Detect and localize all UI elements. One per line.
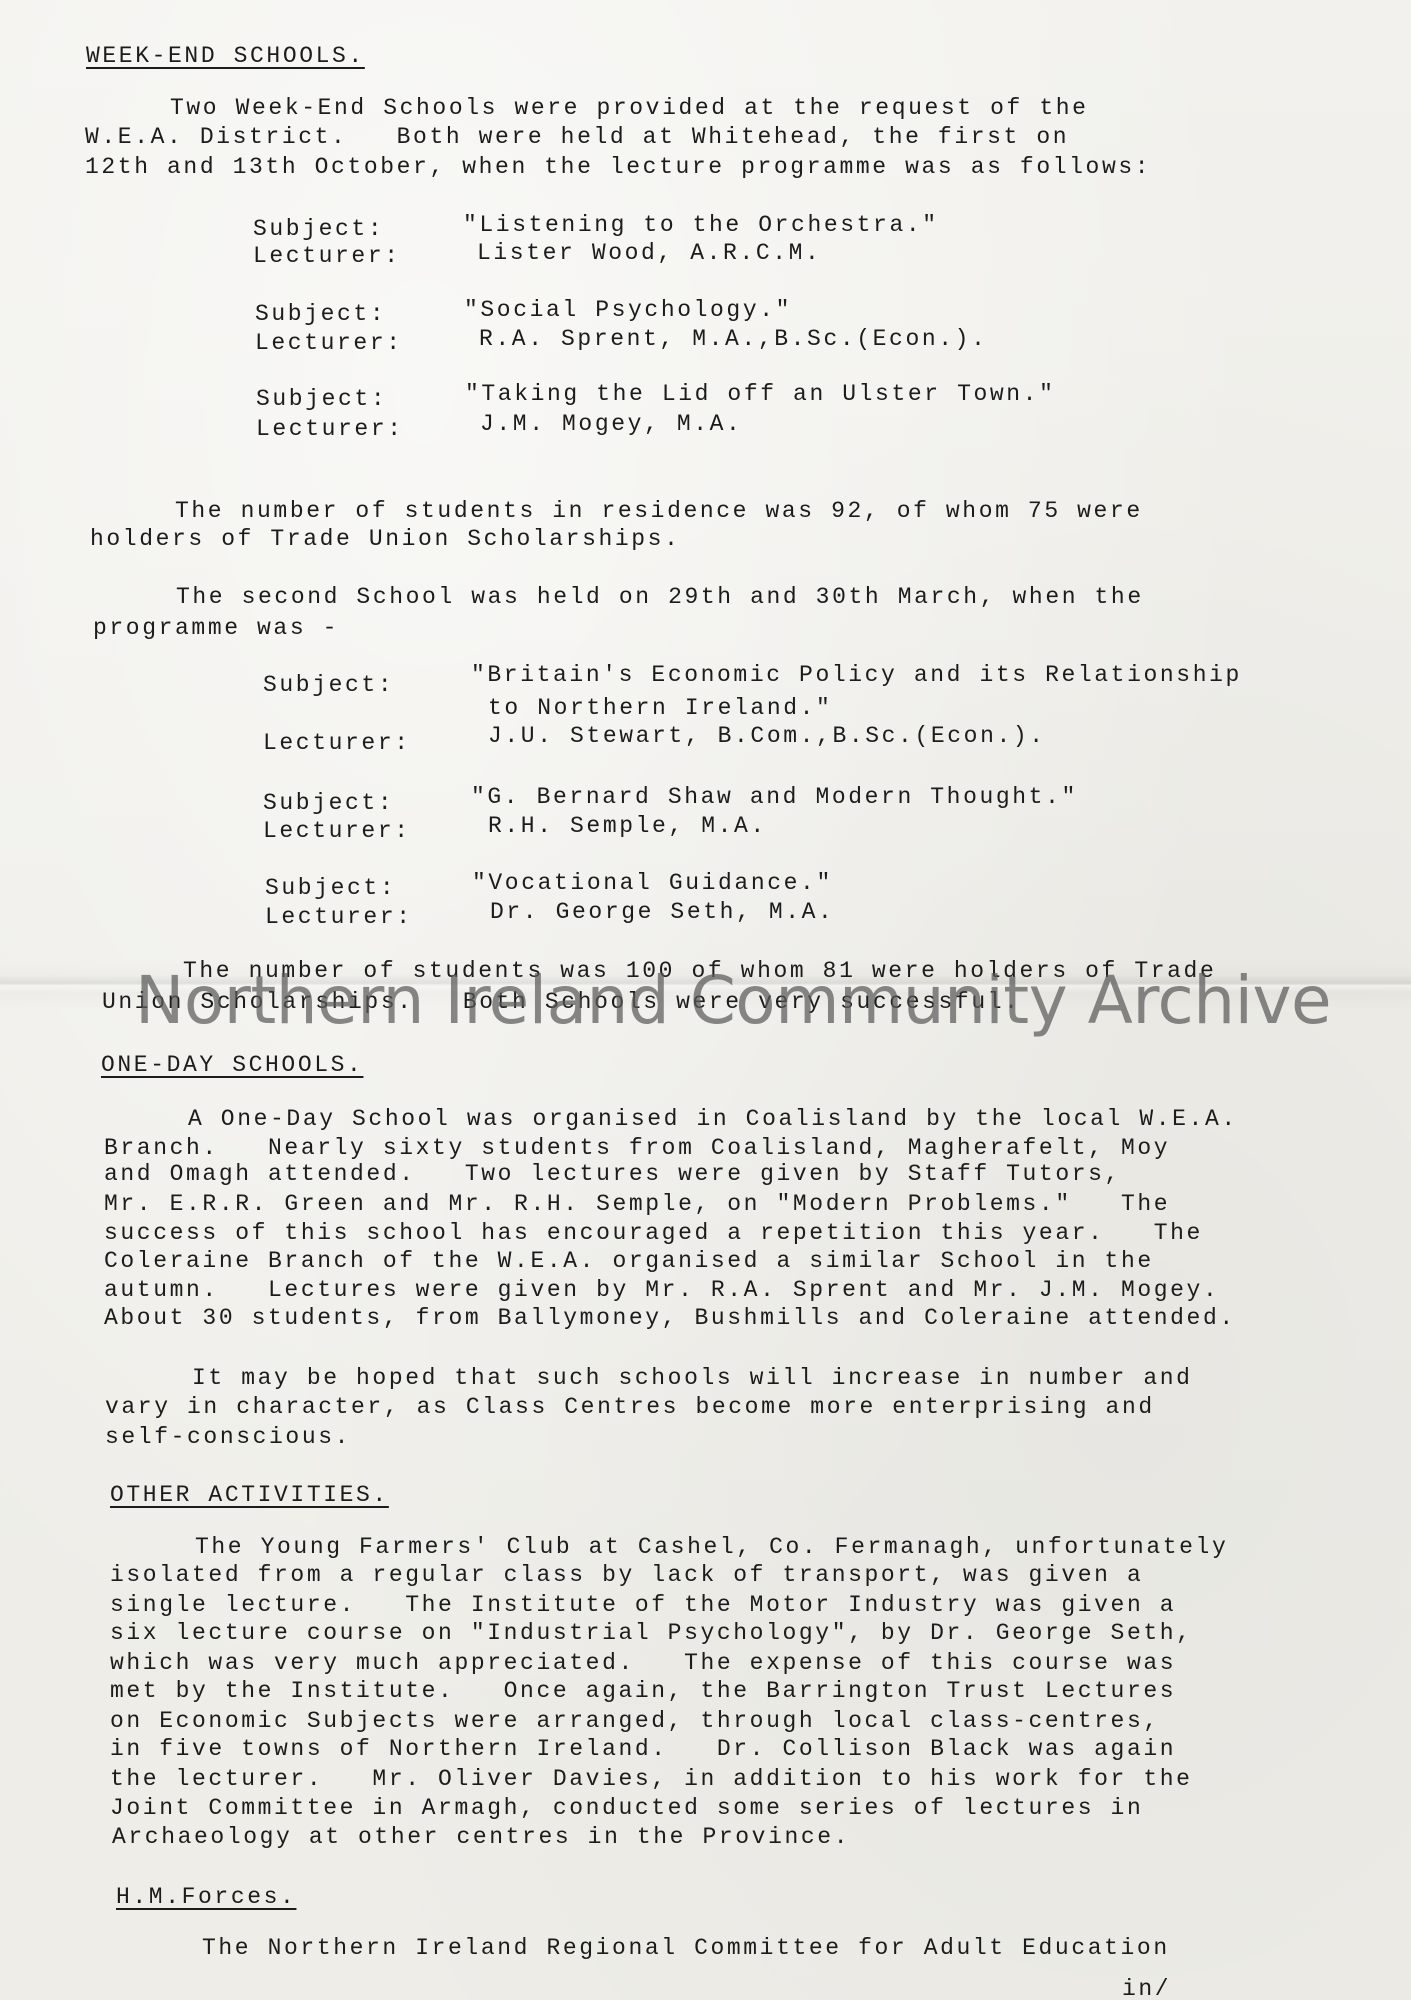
- residence-line: holders of Trade Union Scholarships.: [90, 528, 680, 551]
- programme-lecturer: Dr. George Seth, M.A.: [490, 901, 834, 924]
- other-para-line: the lecturer. Mr. Oliver Davies, in addi…: [110, 1768, 1193, 1791]
- other-para-line: The Young Farmers' Club at Cashel, Co. F…: [195, 1536, 1228, 1559]
- other-para-line: single lecture. The Institute of the Mot…: [110, 1594, 1176, 1617]
- programme-subject-label: Subject:: [253, 218, 384, 241]
- programme-subject-label: Subject:: [255, 303, 386, 326]
- programme-subject: "G. Bernard Shaw and Modern Thought.": [471, 786, 1078, 809]
- other-para-line: in five towns of Northern Ireland. Dr. C…: [110, 1738, 1176, 1761]
- oneday-para-line: success of this school has encouraged a …: [104, 1222, 1203, 1245]
- programme-lecturer-label: Lecturer:: [263, 732, 411, 755]
- programme-lecturer-label: Lecturer:: [263, 820, 411, 843]
- programme-subject: "Taking the Lid off an Ulster Town.": [465, 383, 1055, 406]
- programme-subject-label: Subject:: [263, 792, 394, 815]
- programme-subject-label: Subject:: [256, 388, 387, 411]
- heading-hm-forces: H.M.Forces.: [116, 1886, 296, 1909]
- oneday-para-line: self-conscious.: [105, 1426, 351, 1449]
- oneday-para-line: It may be hoped that such schools will i…: [192, 1367, 1193, 1390]
- oneday-para-line: Branch. Nearly sixty students from Coali…: [104, 1137, 1170, 1160]
- catchword: in/: [1122, 1978, 1171, 2000]
- programme-lecturer-label: Lecturer:: [255, 332, 403, 355]
- programme-subject-label: Subject:: [265, 877, 396, 900]
- oneday-para-line: vary in character, as Class Centres beco…: [105, 1396, 1155, 1419]
- programme-lecturer: Lister Wood, A.R.C.M.: [477, 242, 821, 265]
- programme-subject-cont: to Northern Ireland.": [488, 697, 832, 720]
- oneday-para-line: About 30 students, from Ballymoney, Bush…: [104, 1307, 1236, 1330]
- programme-subject: "Social Psychology.": [464, 299, 792, 322]
- programme-lecturer-label: Lecturer:: [265, 906, 413, 929]
- programme-lecturer: J.U. Stewart, B.Com.,B.Sc.(Econ.).: [488, 725, 1046, 748]
- programme-lecturer: R.H. Semple, M.A.: [488, 815, 767, 838]
- oneday-para-line: autumn. Lectures were given by Mr. R.A. …: [104, 1279, 1219, 1302]
- oneday-para-line: Mr. E.R.R. Green and Mr. R.H. Semple, on…: [104, 1193, 1170, 1216]
- second-school-line: The second School was held on 29th and 3…: [176, 586, 1144, 609]
- other-para-line: which was very much appreciated. The exp…: [110, 1652, 1176, 1675]
- residence-line: The number of students in residence was …: [175, 500, 1143, 523]
- other-para-line: isolated from a regular class by lack of…: [110, 1564, 1143, 1587]
- weekend-intro-line: 12th and 13th October, when the lecture …: [85, 156, 1151, 179]
- other-para-line: Joint Committee in Armagh, conducted som…: [110, 1797, 1143, 1820]
- weekend-intro-line: Two Week-End Schools were provided at th…: [170, 97, 1089, 120]
- other-para-line: six lecture course on "Industrial Psycho…: [110, 1622, 1193, 1645]
- weekend-intro-line: W.E.A. District. Both were held at White…: [85, 126, 1069, 149]
- heading-one-day-schools: ONE-DAY SCHOOLS.: [101, 1054, 363, 1077]
- programme-lecturer-label: Lecturer:: [253, 245, 401, 268]
- forces-para-line: The Northern Ireland Regional Committee …: [202, 1937, 1170, 1960]
- programme-lecturer: R.A. Sprent, M.A.,B.Sc.(Econ.).: [479, 328, 987, 351]
- programme-lecturer: J.M. Mogey, M.A.: [480, 413, 742, 436]
- programme-subject: "Vocational Guidance.": [472, 872, 833, 895]
- oneday-para-line: and Omagh attended. Two lectures were gi…: [104, 1163, 1121, 1186]
- second-school-line: programme was -: [93, 617, 339, 640]
- oneday-para-line: A One-Day School was organised in Coalis…: [188, 1108, 1238, 1131]
- programme-subject-label: Subject:: [263, 674, 394, 697]
- other-para-line: on Economic Subjects were arranged, thro…: [110, 1710, 1160, 1733]
- other-para-line: met by the Institute. Once again, the Ba…: [110, 1680, 1176, 1703]
- programme-lecturer-label: Lecturer:: [256, 418, 404, 441]
- programme-subject: "Britain's Economic Policy and its Relat…: [471, 664, 1242, 687]
- programme-subject: "Listening to the Orchestra.": [463, 214, 939, 237]
- other-para-line: Archaeology at other centres in the Prov…: [112, 1826, 850, 1849]
- heading-other-activities: OTHER ACTIVITIES.: [110, 1484, 389, 1507]
- archive-watermark: Northern Ireland Community Archive: [135, 962, 1331, 1039]
- oneday-para-line: Coleraine Branch of the W.E.A. organised…: [104, 1250, 1154, 1273]
- heading-weekend-schools: WEEK-END SCHOOLS.: [86, 45, 365, 68]
